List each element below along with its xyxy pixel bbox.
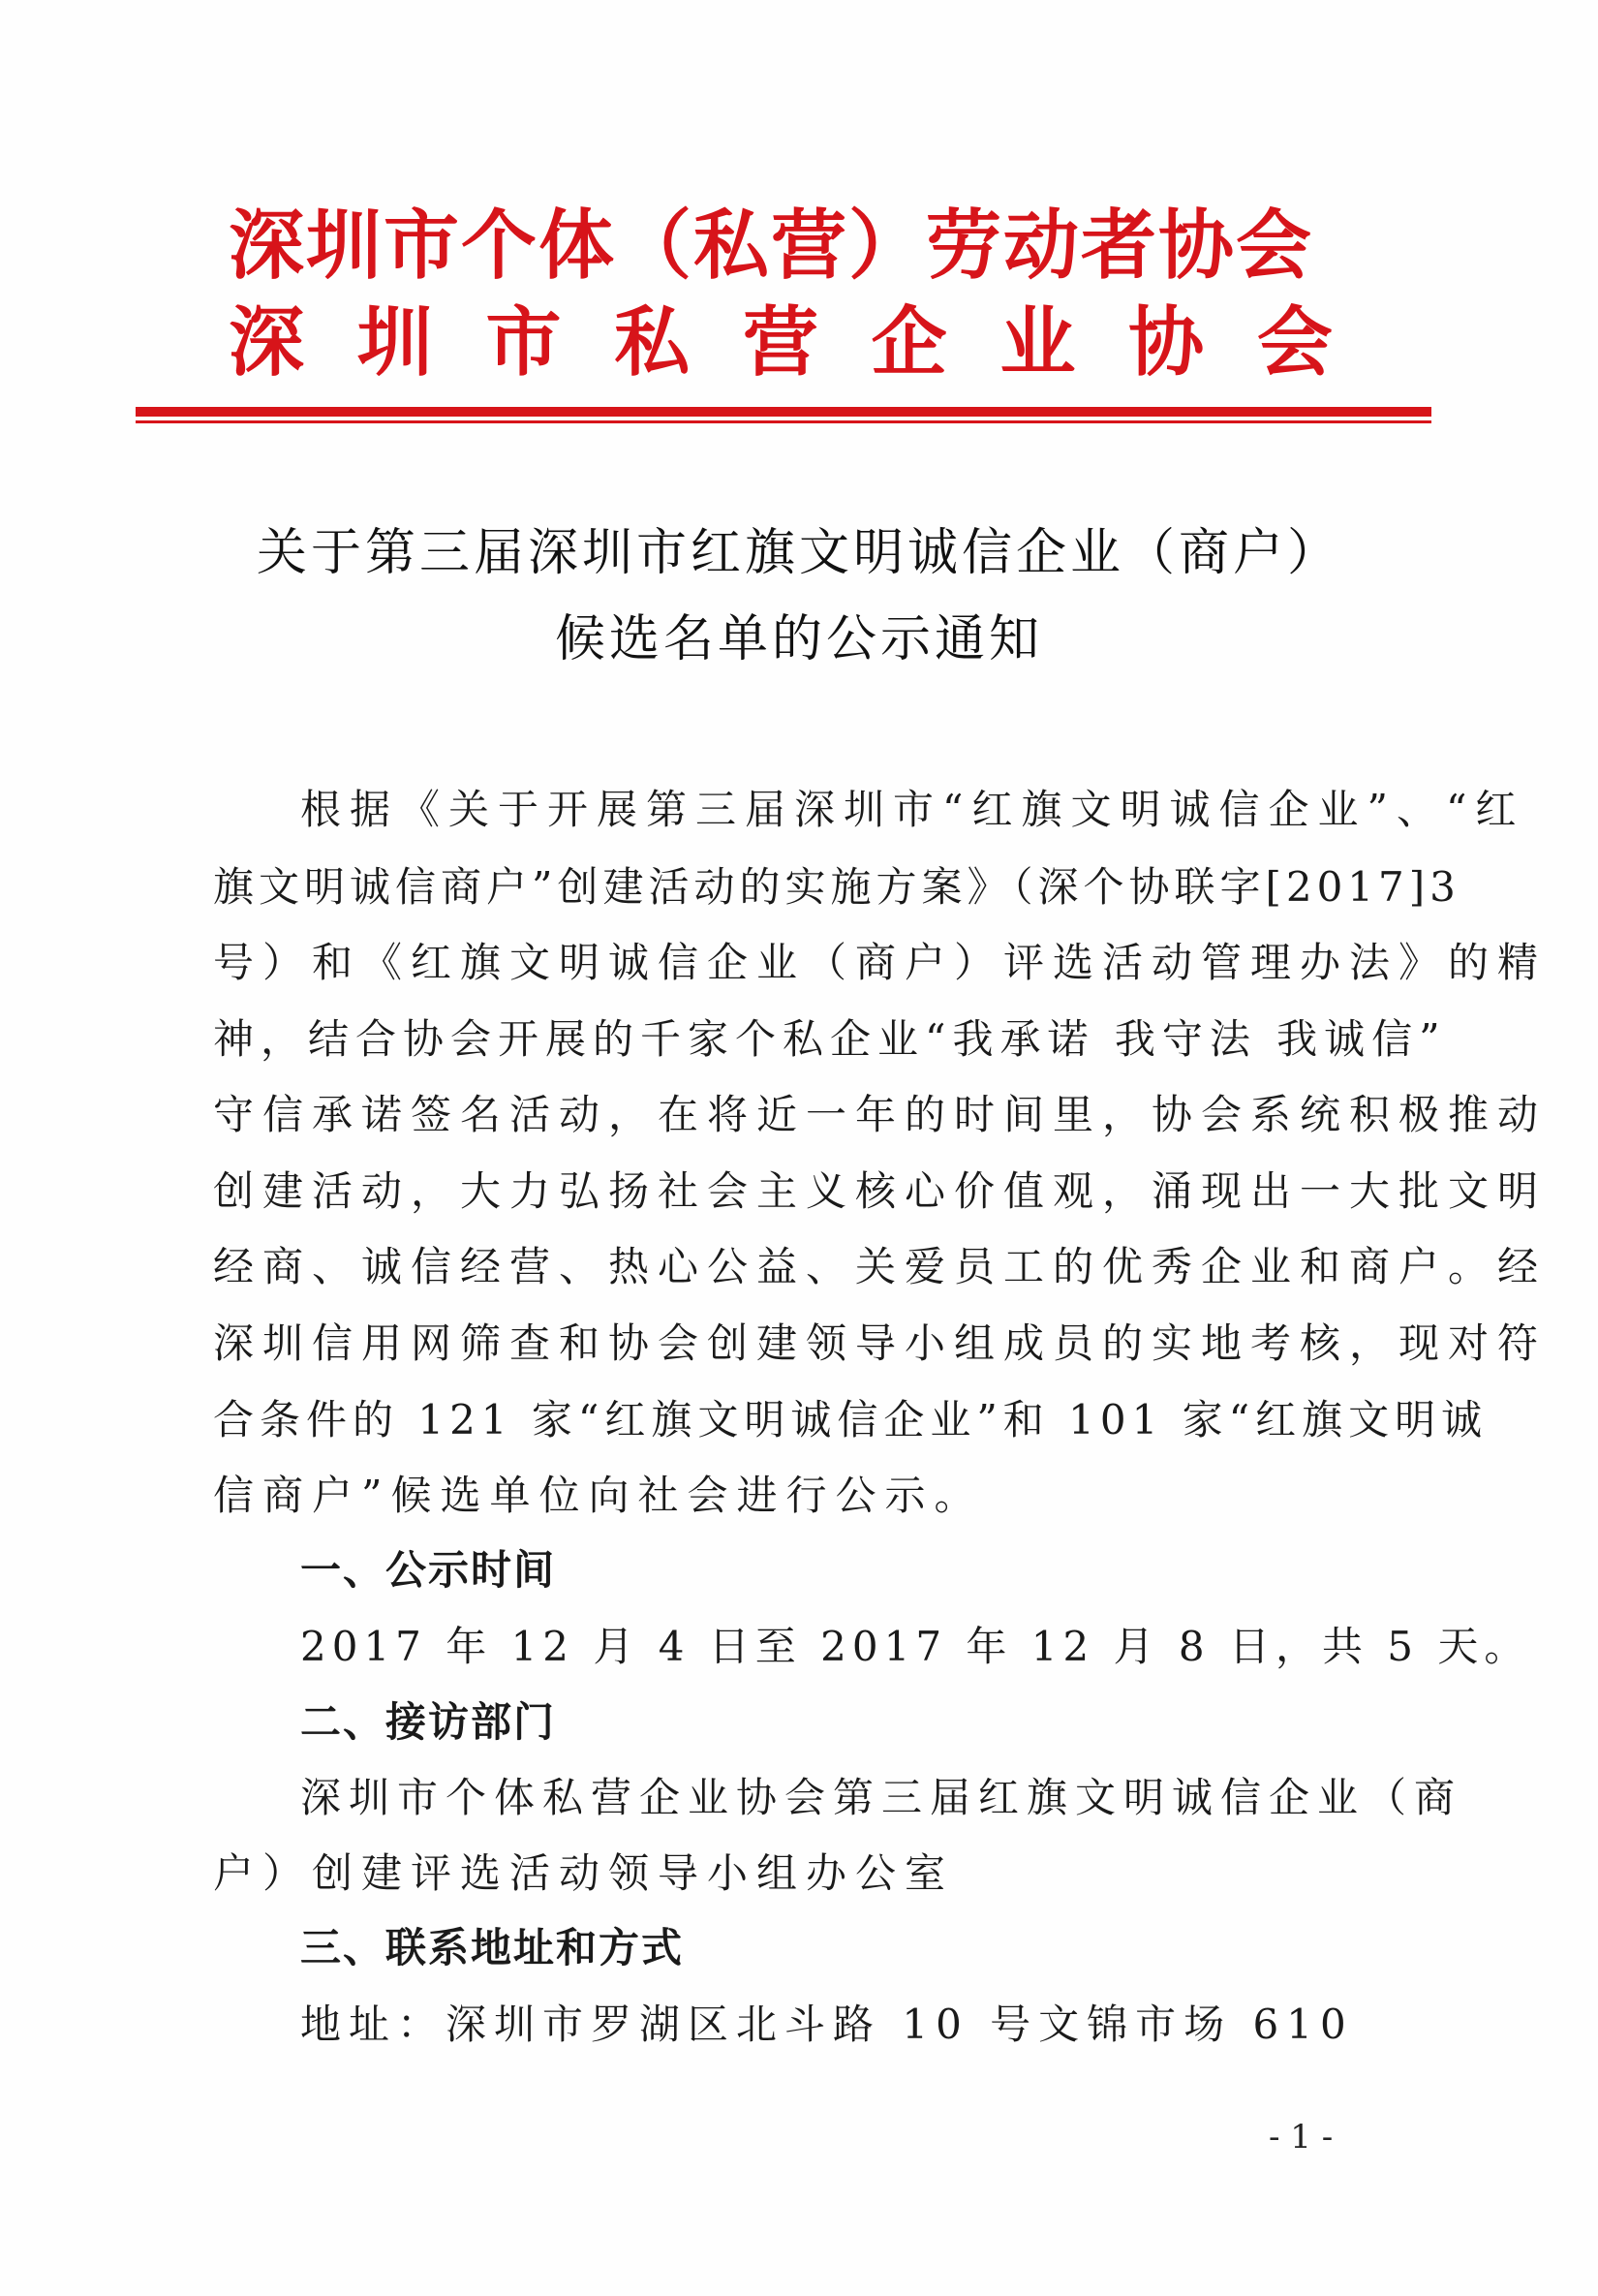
body-line: 根据《关于开展第三届深圳市“红旗文明诚信企业”、“红 (300, 781, 1433, 839)
body-line: 创建活动，大力弘扬社会主义核心价值观，涌现出一大批文明 (213, 1163, 1433, 1221)
body-line: 旗文明诚信商户”创建活动的实施方案》（深个协联字[2017]3 (213, 858, 1433, 916)
letterhead-org-line-1: 深圳市个体（私营）劳动者协会 (229, 200, 1333, 293)
body-line: 合条件的 121 家“红旗文明诚信企业”和 101 家“红旗文明诚 (213, 1391, 1433, 1449)
letterhead-red-rule (136, 407, 1431, 417)
body-line: 守信承诺签名活动，在将近一年的时间里，协会系统积极推动 (213, 1086, 1433, 1144)
letterhead-char: 营 (743, 296, 818, 389)
section-heading-contact: 三、联系地址和方式 (300, 1919, 1433, 1977)
letterhead-red-rule-thin (136, 420, 1431, 423)
body-line: 信商户”候选单位向社会进行公示。 (213, 1467, 1433, 1525)
body-line: 号）和《红旗文明诚信企业（商户）评选活动管理办法》的精 (213, 934, 1433, 992)
letterhead-char: 企 (872, 296, 947, 389)
letterhead-char: 私 (614, 296, 690, 389)
page-number: - 1 - (1269, 2118, 1333, 2156)
document-title-line-2: 候选名单的公示通知 (0, 605, 1598, 673)
letterhead-char: 业 (999, 296, 1075, 389)
publicity-period-text: 2017 年 12 月 4 日至 2017 年 12 月 8 日，共 5 天。 (300, 1618, 1433, 1676)
letterhead-char: 协 (1128, 296, 1204, 389)
document-page: 深圳市个体（私营）劳动者协会 深 圳 市 私 营 企 业 协 会 关于第三届深圳… (0, 0, 1598, 2296)
letterhead-char: 深 (229, 296, 304, 389)
body-line: 神，结合协会开展的千家个私企业“我承诺 我守法 我诚信” (213, 1010, 1433, 1069)
letterhead-char: 圳 (357, 296, 433, 389)
letterhead-char: 市 (485, 296, 561, 389)
reception-dept-line: 深圳市个体私营企业协会第三届红旗文明诚信企业（商 (300, 1769, 1433, 1827)
body-line: 深圳信用网筛查和协会创建领导小组成员的实地考核，现对符 (213, 1315, 1433, 1373)
section-heading-publicity-period: 一、公示时间 (300, 1541, 1433, 1599)
letterhead-char: 会 (1257, 296, 1333, 389)
document-title-line-1: 关于第三届深圳市红旗文明诚信企业（商户） (0, 519, 1598, 587)
body-line: 经商、诚信经营、热心公益、关爱员工的优秀企业和商户。经 (213, 1238, 1433, 1296)
reception-dept-line: 户）创建评选活动领导小组办公室 (213, 1845, 1433, 1903)
contact-address: 地址：深圳市罗湖区北斗路 10 号文锦市场 610 (300, 1996, 1433, 2054)
letterhead-org-line-2: 深 圳 市 私 营 企 业 协 会 (229, 296, 1333, 389)
section-heading-reception-dept: 二、接访部门 (300, 1693, 1433, 1752)
